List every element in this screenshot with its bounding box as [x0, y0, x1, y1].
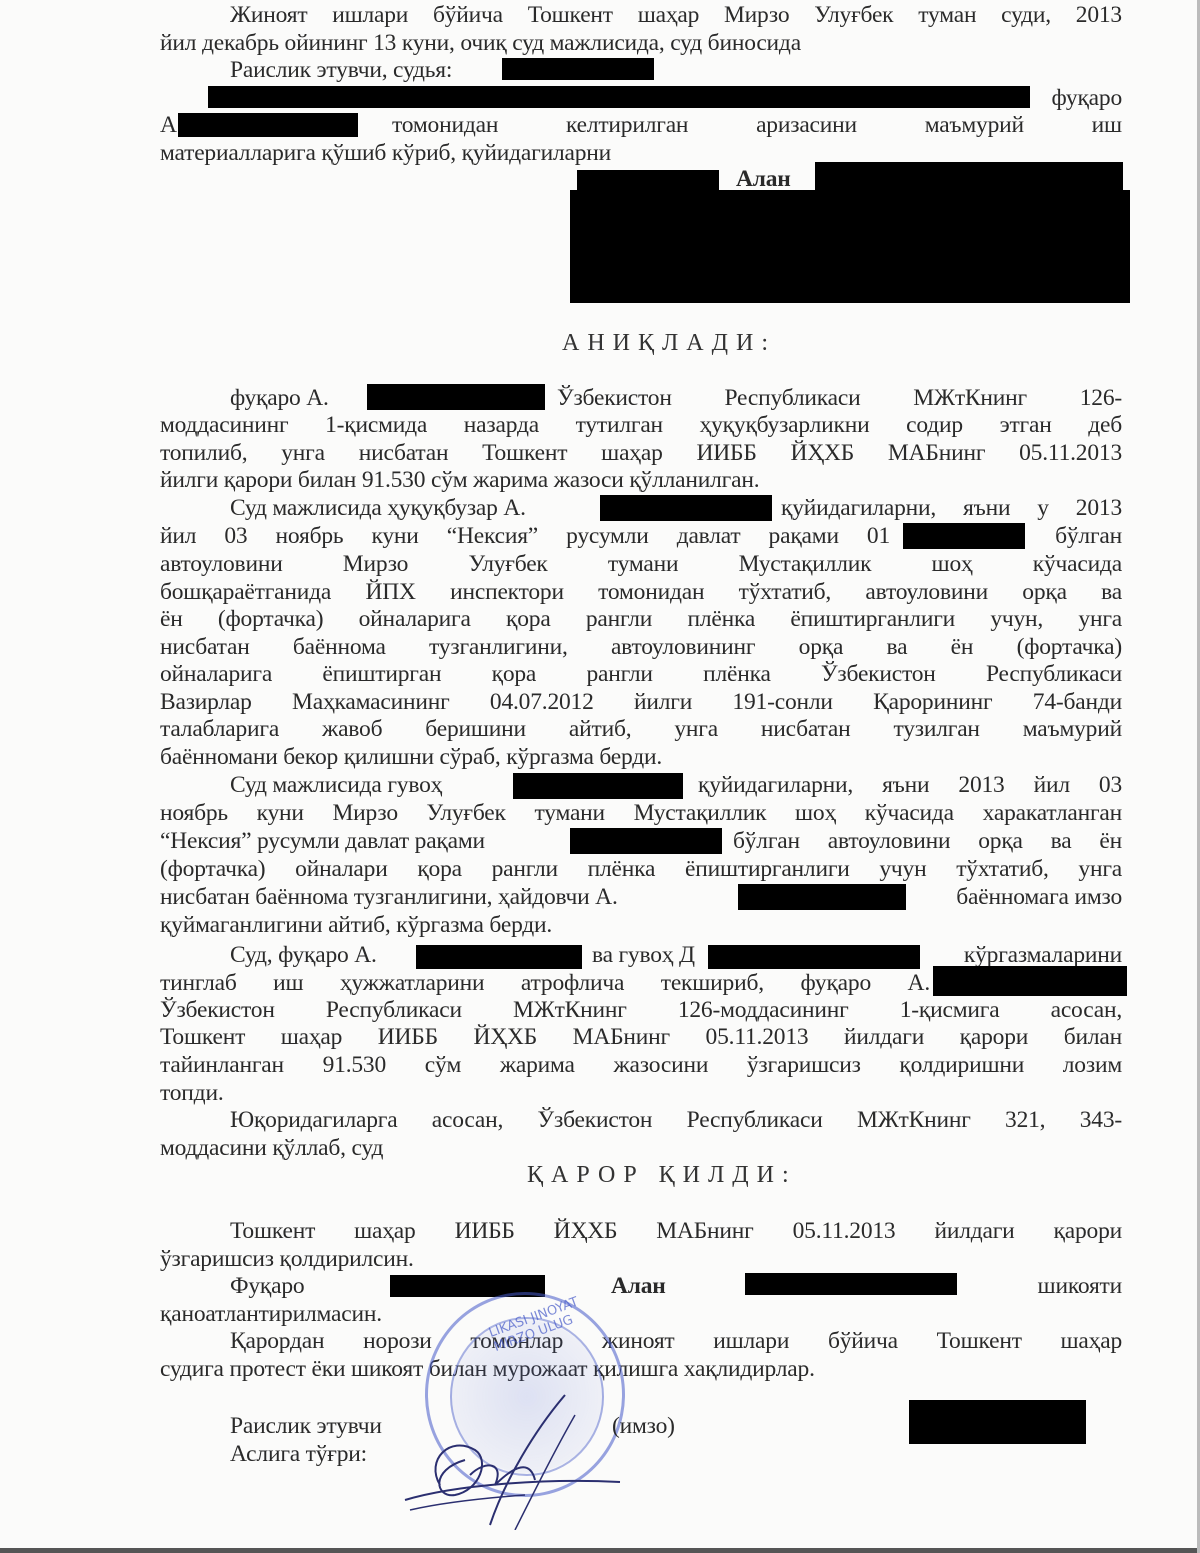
redaction-witness-1 [513, 773, 683, 799]
header-line-1: Жиноят ишлари бўйича Тошкент шаҳар Мирзо… [230, 2, 1122, 29]
p4-l6: топди. [160, 1080, 1122, 1107]
line5-start: А [160, 112, 180, 139]
p2-l5: ён (фортачка) ойналарига қора рангли плё… [160, 606, 1122, 633]
p4-l5: тайинланган 91.530 сўм жарима жазосини ў… [160, 1052, 1122, 1079]
p2-l10: баённомани бекор қилишни сўраб, кўргазма… [160, 744, 1122, 771]
d2-citizen: Фуқаро [230, 1273, 330, 1300]
redaction-citizen-p4 [416, 945, 582, 969]
p3-l1-a: Суд мажлисида гувоҳ [230, 772, 510, 799]
presiding-label-text: Раислик этувчи, судья: [230, 57, 452, 83]
redaction-patronymic-2 [745, 1273, 957, 1295]
p4-l2: тинглаб иш ҳужжатларини атрофлича текшир… [160, 970, 930, 997]
redaction-name-p2 [600, 495, 772, 521]
p3-l6: қуймаганлигини айтиб, кўргазма берди. [160, 912, 1122, 939]
redaction-citizen-name-1 [178, 113, 358, 137]
redaction-witness-2 [708, 945, 920, 969]
p4-l3: Ўзбекистон Республикаси МЖтКнинг 126-мод… [160, 997, 1122, 1024]
p4-l1-a: Суд, фуқаро А. [230, 942, 430, 969]
header-line-5: томонидан келтирилган аризасини маъмурий… [392, 112, 1122, 139]
presiding-judge-label: Раислик этувчи, судья: [230, 57, 1192, 84]
header-line-2: йил декабрь ойининг 13 куни, очиқ суд ма… [160, 30, 1122, 57]
d2-l2: қаноатлантирилмасин. [160, 1301, 1122, 1328]
p3-l3-b: бўлган автоуловини орқа ва ён [733, 828, 1122, 855]
d2-name: Алан [611, 1273, 681, 1300]
p2-l6: нисбатан баённома тузганлигини, автоулов… [160, 634, 1122, 661]
redaction-name-p1 [367, 384, 545, 410]
name-middle: Алан [736, 166, 816, 193]
section-title-qaror-qildi: ҚАРОР ҚИЛДИ: [527, 1162, 797, 1189]
p1-l2: моддасининг 1-қисмида назарда тутилган ҳ… [160, 412, 1122, 439]
d1-l1: Тошкент шаҳар ИИББ ЙҲХБ МАБнинг 05.11.20… [230, 1218, 1122, 1245]
p3-l4: (фортачка) ойналари қора рангли плёнка ё… [160, 856, 1122, 883]
p2-l9: талабларига жавоб беришини айтиб, унга н… [160, 716, 1122, 743]
p1-l1-a: фуқаро А. [230, 385, 350, 412]
section-title-aniqladi: АНИҚЛАДИ: [562, 330, 776, 357]
d1-l2: ўзгаришсиз қолдирилсин. [160, 1246, 1122, 1273]
p2-l1-b: қуйидагиларни, яъни у 2013 [781, 495, 1122, 522]
d3-l2: судига протест ёки шикоят билан мурожаат… [160, 1356, 1122, 1383]
p1-l3: топилиб, унга нисбатан Тошкент шаҳар ИИБ… [160, 440, 1122, 467]
redaction-preamble [208, 86, 1030, 108]
p4-l1-c: кўргазмаларини [930, 942, 1122, 969]
d2-end: шикояти [1000, 1273, 1122, 1300]
redaction-surname [577, 170, 719, 190]
redaction-plate-1 [903, 523, 1025, 549]
p1-l1-b: Ўзбекистон Республикаси МЖтКнинг 126- [557, 385, 1122, 412]
p3-l1-b: қуйидагиларни, яъни 2013 йил 03 [698, 772, 1122, 799]
p2-l8: Вазирлар Маҳкамасининг 04.07.2012 йилги … [160, 689, 1122, 716]
p2-l3: автоуловини Мирзо Улуғбек тумани Мустақи… [160, 551, 1122, 578]
redaction-patronymic [815, 162, 1123, 190]
p2-l1-a: Суд мажлисида ҳуқуқбузар А. [230, 495, 610, 522]
p1-l4: йилги қарори билан 91.530 сўм жарима жаз… [160, 467, 1122, 494]
redaction-citizen-p4-2 [933, 966, 1127, 996]
redaction-address-block [570, 190, 1130, 303]
p4-l4: Тошкент шаҳар ИИББ ЙҲХБ МАБнинг 05.11.20… [160, 1024, 1122, 1051]
p2-l4: бошқараётганида ЙПХ инспектори томонидан… [160, 579, 1122, 606]
p2-l2-a: йил 03 ноябрь куни “Нексия” русумли давл… [160, 523, 890, 550]
handwritten-signature [395, 1390, 635, 1530]
redaction-plate-2 [570, 828, 722, 854]
p5-l2: моддасини қўллаб, суд [160, 1135, 1122, 1162]
p3-l3-a: “Нексия” русумли давлат рақами [160, 828, 560, 855]
p2-l7: ойналарига ёпиштирган қора рангли плёнка… [160, 661, 1122, 688]
p3-l5-b: баённомага имзо [915, 884, 1122, 911]
d3-l1: Қарордан норози томонлар жиноят ишлари б… [230, 1328, 1122, 1355]
redaction-driver [738, 884, 906, 910]
scan-edge-bottom [0, 1548, 1200, 1553]
redaction-judge-name [502, 58, 654, 80]
p3-l2: ноябрь куни Мирзо Улуғбек тумани Мустақи… [160, 800, 1122, 827]
redaction-judge-footer [909, 1400, 1086, 1444]
p5-l1: Юқоридагиларга асосан, Ўзбекистон Респуб… [230, 1107, 1122, 1134]
p2-l2-b: бўлган [1040, 523, 1122, 550]
p3-l5-a: нисбатан баённома тузганлигини, ҳайдовчи… [160, 884, 760, 911]
citizen-word: фуқаро [1032, 85, 1122, 112]
